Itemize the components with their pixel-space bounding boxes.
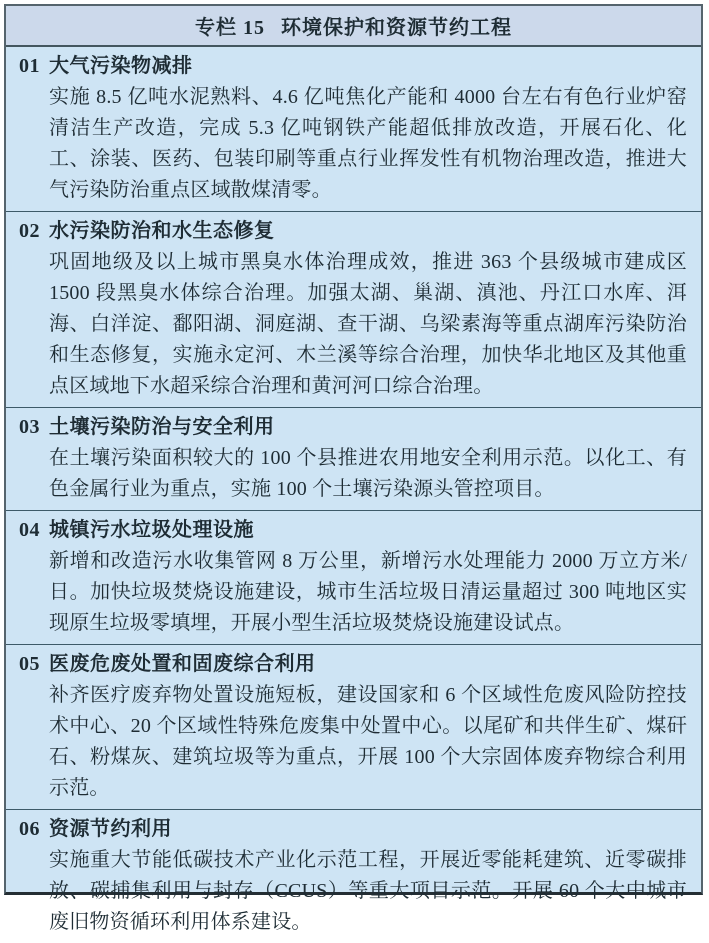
section-header: 02 水污染防治和水生态修复	[19, 216, 687, 247]
section-heading: 城镇污水垃圾处理设施	[49, 515, 687, 546]
section-number: 03	[19, 412, 49, 443]
section-resource-conservation: 06 资源节约利用 实施重大节能低碳技术产业化示范工程，开展近零能耗建筑、近零碳…	[6, 809, 701, 900]
section-number: 02	[19, 216, 49, 247]
section-heading: 水污染防治和水生态修复	[49, 216, 687, 247]
section-heading: 医废危废处置和固废综合利用	[49, 649, 687, 680]
section-body: 新增和改造污水收集管网 8 万公里，新增污水处理能力 2000 万立方米/日。加…	[49, 546, 687, 639]
section-header: 04 城镇污水垃圾处理设施	[19, 515, 687, 546]
section-hazardous-waste: 05 医废危废处置和固废综合利用 补齐医疗废弃物处置设施短板，建设国家和 6 个…	[6, 644, 701, 809]
section-header: 05 医废危废处置和固废综合利用	[19, 649, 687, 680]
section-heading: 大气污染物减排	[49, 51, 687, 82]
section-air-pollution: 01 大气污染物减排 实施 8.5 亿吨水泥熟料、4.6 亿吨焦化产能和 400…	[6, 47, 701, 211]
page-title: 环境保护和资源节约工程	[281, 11, 512, 40]
section-body: 实施重大节能低碳技术产业化示范工程，开展近零能耗建筑、近零碳排放、碳捕集利用与封…	[49, 845, 687, 900]
section-number: 01	[19, 51, 49, 82]
section-number: 06	[19, 814, 49, 845]
section-number: 05	[19, 649, 49, 680]
section-header: 01 大气污染物减排	[19, 51, 687, 82]
section-number: 04	[19, 515, 49, 546]
section-body: 实施 8.5 亿吨水泥熟料、4.6 亿吨焦化产能和 4000 台左右有色行业炉窑…	[49, 82, 687, 206]
section-header: 03 土壤污染防治与安全利用	[19, 412, 687, 443]
section-body: 补齐医疗废弃物处置设施短板，建设国家和 6 个区域性危废风险防控技术中心、20 …	[49, 680, 687, 804]
section-heading: 土壤污染防治与安全利用	[49, 412, 687, 443]
column-box: 专栏 15 环境保护和资源节约工程 01 大气污染物减排 实施 8.5 亿吨水泥…	[4, 4, 703, 895]
section-body: 巩固地级及以上城市黑臭水体治理成效，推进 363 个县级城市建成区 1500 段…	[49, 247, 687, 402]
section-body: 在土壤污染面积较大的 100 个县推进农用地安全利用示范。以化工、有色金属行业为…	[49, 443, 687, 505]
section-sewage-waste-facilities: 04 城镇污水垃圾处理设施 新增和改造污水收集管网 8 万公里，新增污水处理能力…	[6, 510, 701, 644]
section-soil-pollution: 03 土壤污染防治与安全利用 在土壤污染面积较大的 100 个县推进农用地安全利…	[6, 407, 701, 510]
title-bar: 专栏 15 环境保护和资源节约工程	[6, 6, 701, 47]
column-number-label: 专栏 15	[195, 11, 265, 40]
section-heading: 资源节约利用	[49, 814, 687, 845]
section-header: 06 资源节约利用	[19, 814, 687, 845]
section-water-pollution: 02 水污染防治和水生态修复 巩固地级及以上城市黑臭水体治理成效，推进 363 …	[6, 211, 701, 407]
